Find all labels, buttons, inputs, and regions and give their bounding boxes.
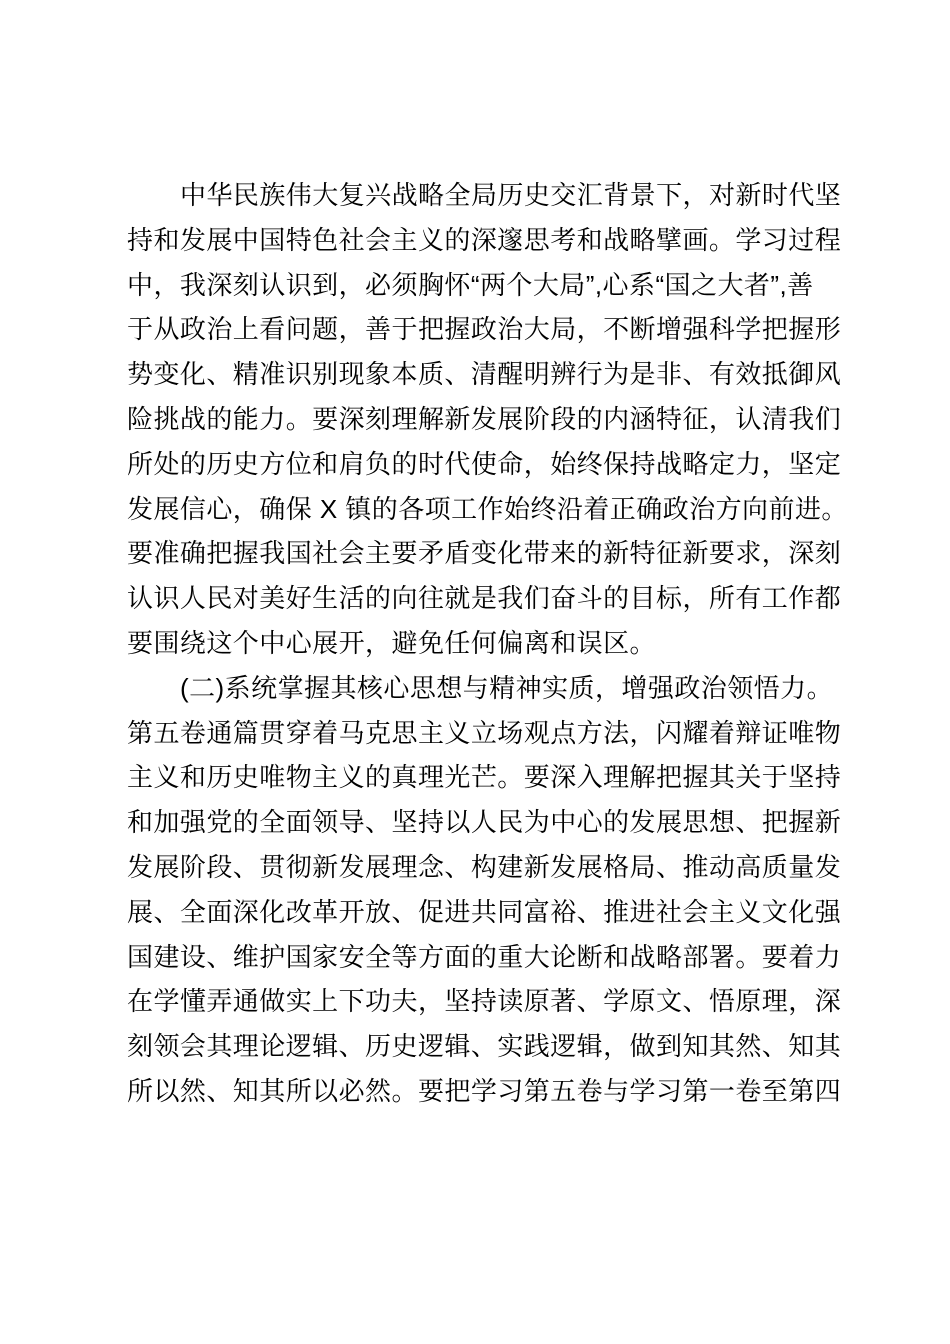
text-line: 展、全面深化改革开放、促进共同富裕、推进社会主义文化强 xyxy=(127,890,817,935)
text-line: 认识人民对美好生活的向往就是我们奋斗的目标，所有工作都 xyxy=(127,576,817,621)
text-line: 于从政治上看问题，善于把握政治大局，不断增强科学把握形 xyxy=(127,307,817,352)
text-line: (二)系统掌握其核心思想与精神实质，增强政治领悟力。 xyxy=(127,666,817,711)
text-line: 所以然、知其所以必然。要把学习第五卷与学习第一卷至第四 xyxy=(127,1069,817,1114)
text-line: 险挑战的能力。要深刻理解新发展阶段的内涵特征，认清我们 xyxy=(127,397,817,442)
document-page: 中华民族伟大复兴战略全局历史交汇背景下，对新时代坚 持和发展中国特色社会主义的深… xyxy=(0,0,950,1344)
text-line: 在学懂弄通做实上下功夫，坚持读原著、学原文、悟原理，深 xyxy=(127,979,817,1024)
text-line: 第五卷通篇贯穿着马克思主义立场观点方法，闪耀着辩证唯物 xyxy=(127,711,817,756)
text-line: 持和发展中国特色社会主义的深邃思考和战略擘画。学习过程 xyxy=(127,218,817,263)
text-line: 中华民族伟大复兴战略全局历史交汇背景下，对新时代坚 xyxy=(127,173,817,218)
text-line: 国建设、维护国家安全等方面的重大论断和战略部署。要着力 xyxy=(127,935,817,980)
text-line: 势变化、精准识别现象本质、清醒明辨行为是非、有效抵御风 xyxy=(127,352,817,397)
text-line: 和加强党的全面领导、坚持以人民为中心的发展思想、把握新 xyxy=(127,800,817,845)
text-line: 所处的历史方位和肩负的时代使命，始终保持战略定力，坚定 xyxy=(127,442,817,487)
text-line: 发展阶段、贯彻新发展理念、构建新发展格局、推动高质量发 xyxy=(127,845,817,890)
text-line: 刻领会其理论逻辑、历史逻辑、实践逻辑，做到知其然、知其 xyxy=(127,1024,817,1069)
text-line: 发展信心，确保 X 镇的各项工作始终沿着正确政治方向前进。 xyxy=(127,487,817,532)
text-line: 要准确把握我国社会主要矛盾变化带来的新特征新要求，深刻 xyxy=(127,531,817,576)
text-line: 中，我深刻认识到，必须胸怀“两个大局”,心系“国之大者”,善 xyxy=(127,263,817,308)
text-line: 主义和历史唯物主义的真理光芒。要深入理解把握其关于坚持 xyxy=(127,755,817,800)
text-line: 要围绕这个中心展开，避免任何偏离和误区。 xyxy=(127,621,817,666)
document-body: 中华民族伟大复兴战略全局历史交汇背景下，对新时代坚 持和发展中国特色社会主义的深… xyxy=(127,173,817,1114)
